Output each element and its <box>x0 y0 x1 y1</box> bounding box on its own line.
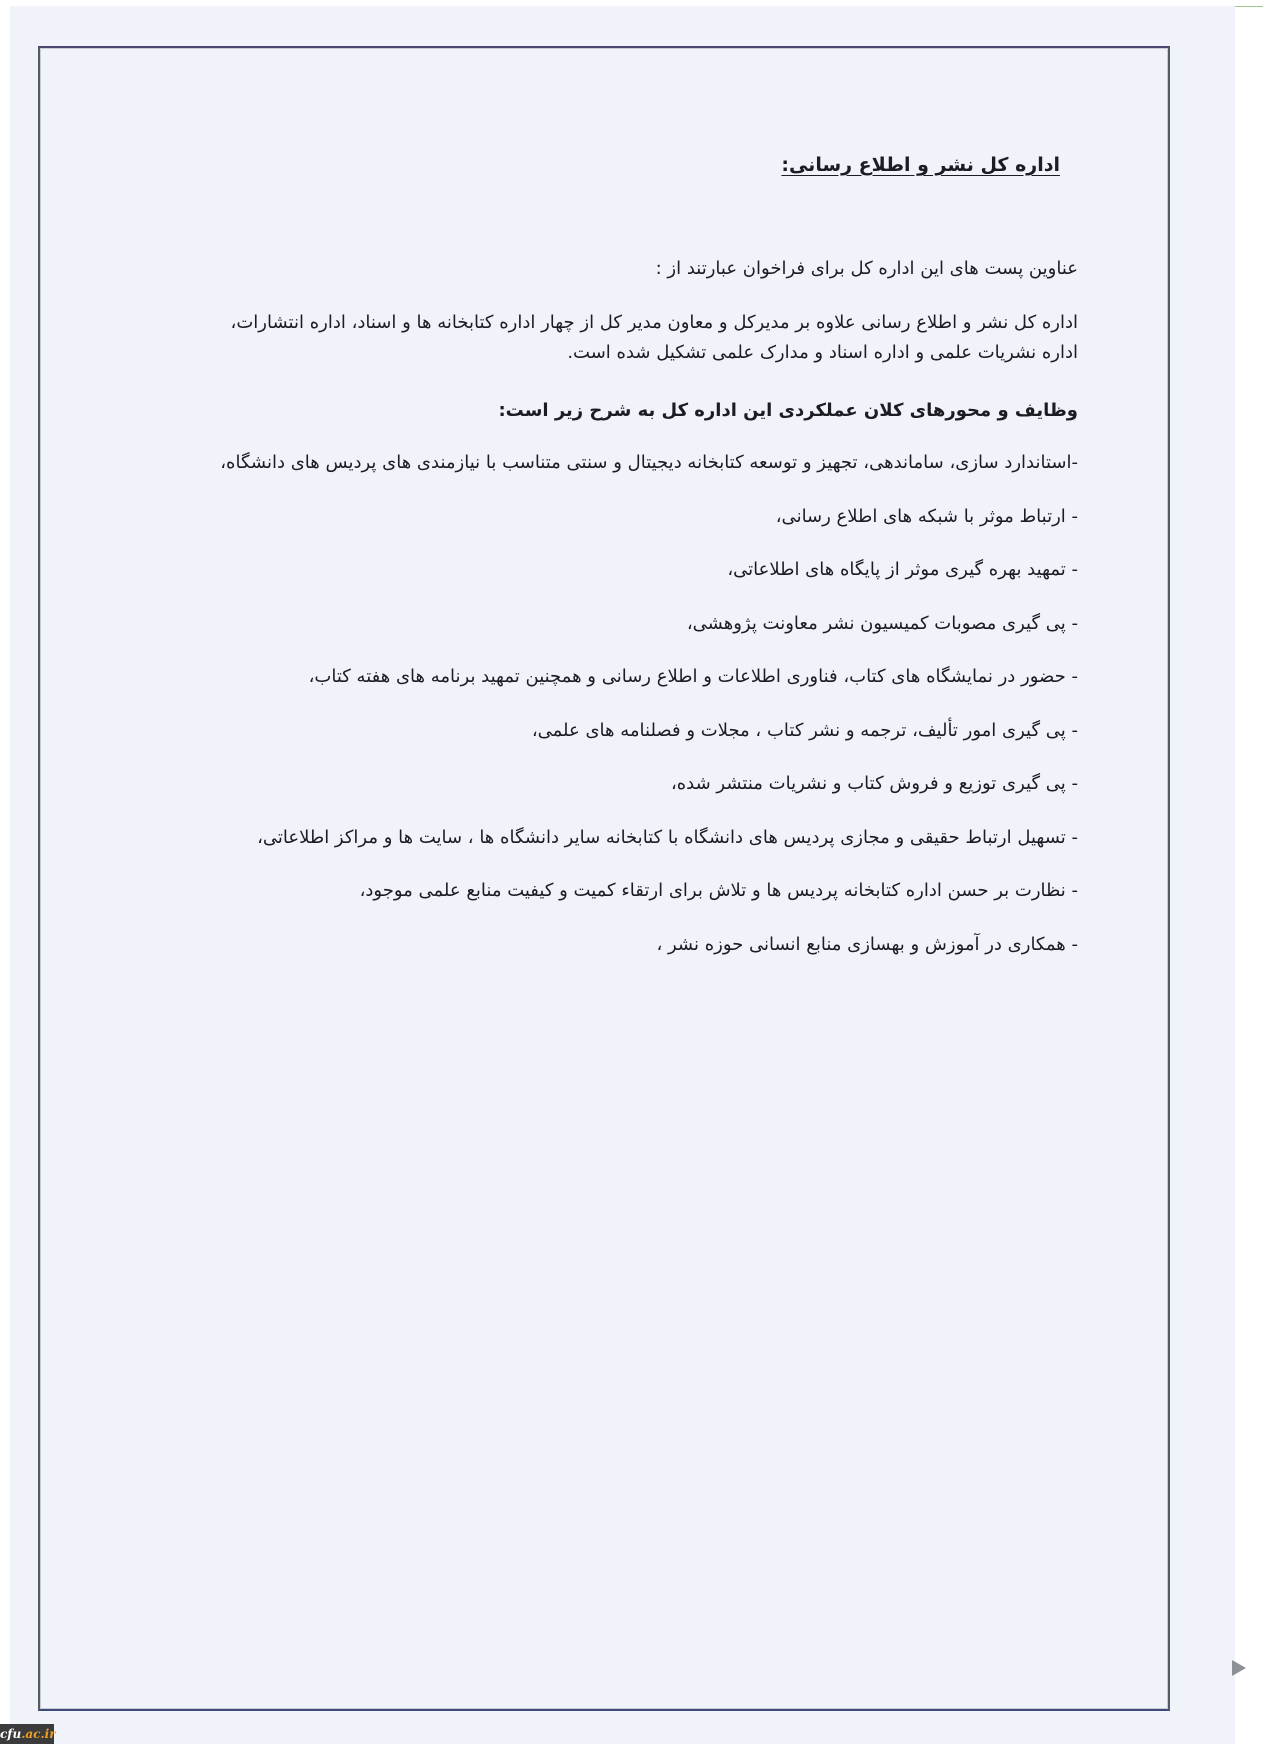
duty-item: -استاندارد سازی، ساماندهی، تجهیز و توسعه… <box>120 448 1078 502</box>
site-watermark-logo: cfu.ac.ir <box>0 1724 54 1744</box>
duty-item: - حضور در نمایشگاه های کتاب، فناوری اطلا… <box>120 662 1078 716</box>
duties-list: -استاندارد سازی، ساماندهی، تجهیز و توسعه… <box>120 448 1078 983</box>
intro-line: عناوین پست های این اداره کل برای فراخوان… <box>656 258 1078 279</box>
duty-item: - تمهید بهره گیری موثر از پایگاه های اطل… <box>120 555 1078 609</box>
paragraph-line: اداره کل نشر و اطلاع رسانی علاوه بر مدیر… <box>120 308 1078 338</box>
duty-item: - ارتباط موثر با شبکه های اطلاع رسانی، <box>120 502 1078 556</box>
duty-item: - پی گیری توزیع و فروش کتاب و نشریات منت… <box>120 769 1078 823</box>
structure-paragraph: اداره کل نشر و اطلاع رسانی علاوه بر مدیر… <box>120 308 1078 368</box>
duty-item: - نظارت بر حسن اداره کتابخانه پردیس ها و… <box>120 876 1078 930</box>
document-title: اداره کل نشر و اطلاع رسانی: <box>781 154 1060 176</box>
duties-heading: وظایف و محورهای کلان عملکردی این اداره ک… <box>498 400 1078 421</box>
duty-item: - تسهیل ارتباط حقیقی و مجازی پردیس های د… <box>120 823 1078 877</box>
duty-item: - پی گیری امور تألیف، ترجمه و نشر کتاب ،… <box>120 716 1078 770</box>
watermark-main: cfu <box>0 1727 21 1741</box>
scan-margin <box>1235 0 1275 1750</box>
watermark-accent: .ac.ir <box>21 1727 55 1741</box>
paragraph-line: اداره نشریات علمی و اداره اسناد و مدارک … <box>120 338 1078 368</box>
duty-item: - پی گیری مصوبات کمیسیون نشر معاونت پژوه… <box>120 609 1078 663</box>
scan-edge-mark <box>1235 6 1263 7</box>
duty-item: - همکاری در آموزش و بهسازی منابع انسانی … <box>120 930 1078 984</box>
scan-edge-tab-icon <box>1232 1660 1246 1676</box>
